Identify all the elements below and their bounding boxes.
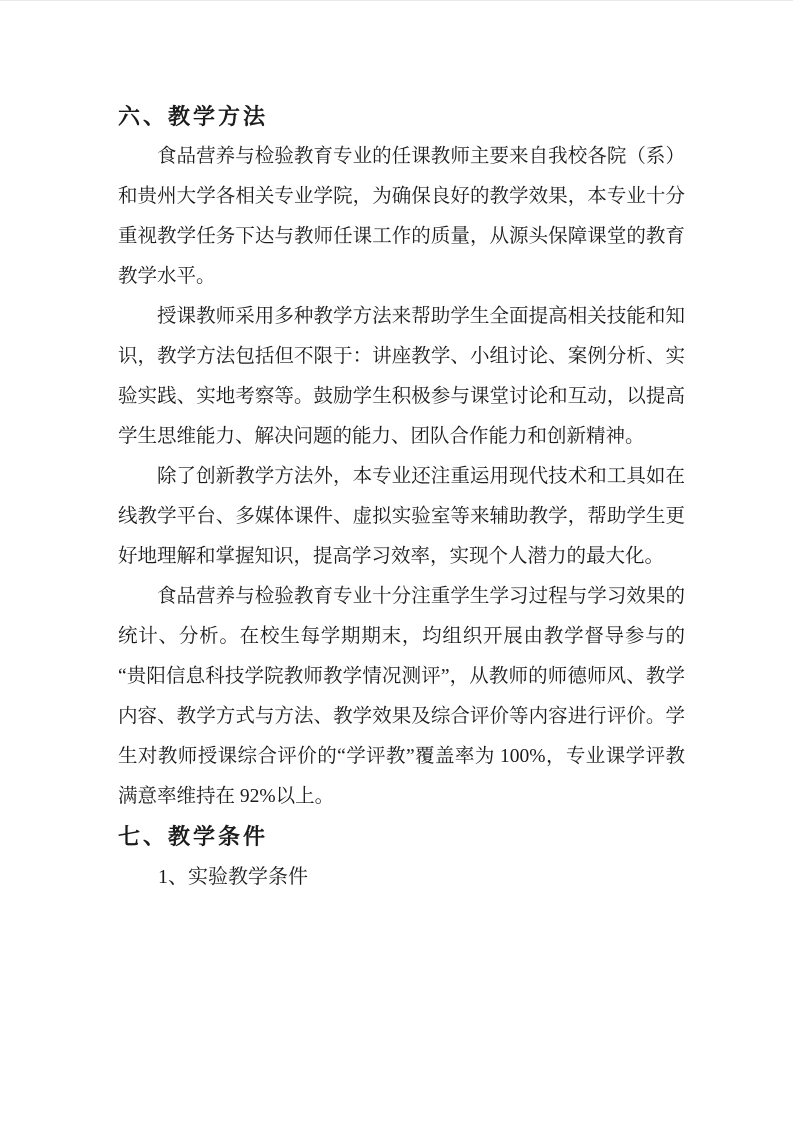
paragraph-modern-technology: 除了创新教学方法外，本专业还注重运用现代技术和工具如在线教学平台、多媒体课件、虚… — [118, 457, 685, 577]
paragraph-teaching-method-types: 授课教师采用多种教学方法来帮助学生全面提高相关技能和知识，教学方法包括但不限于：… — [118, 297, 685, 457]
section-heading-teaching-conditions: 七、教学条件 — [118, 817, 685, 857]
document-content: 六、教学方法 食品营养与检验教育专业的任课教师主要来自我校各院（系）和贵州大学各… — [118, 97, 685, 897]
document-page: 六、教学方法 食品营养与检验教育专业的任课教师主要来自我校各院（系）和贵州大学各… — [0, 0, 793, 1122]
section-heading-teaching-methods: 六、教学方法 — [118, 97, 685, 137]
paragraph-evaluation-statistics: 食品营养与检验教育专业十分注重学生学习过程与学习效果的统计、分析。在校生每学期期… — [118, 577, 685, 817]
paragraph-faculty-sources: 食品营养与检验教育专业的任课教师主要来自我校各院（系）和贵州大学各相关专业学院，… — [118, 137, 685, 297]
subsection-heading-lab-teaching-conditions: 1、实验教学条件 — [118, 857, 685, 897]
